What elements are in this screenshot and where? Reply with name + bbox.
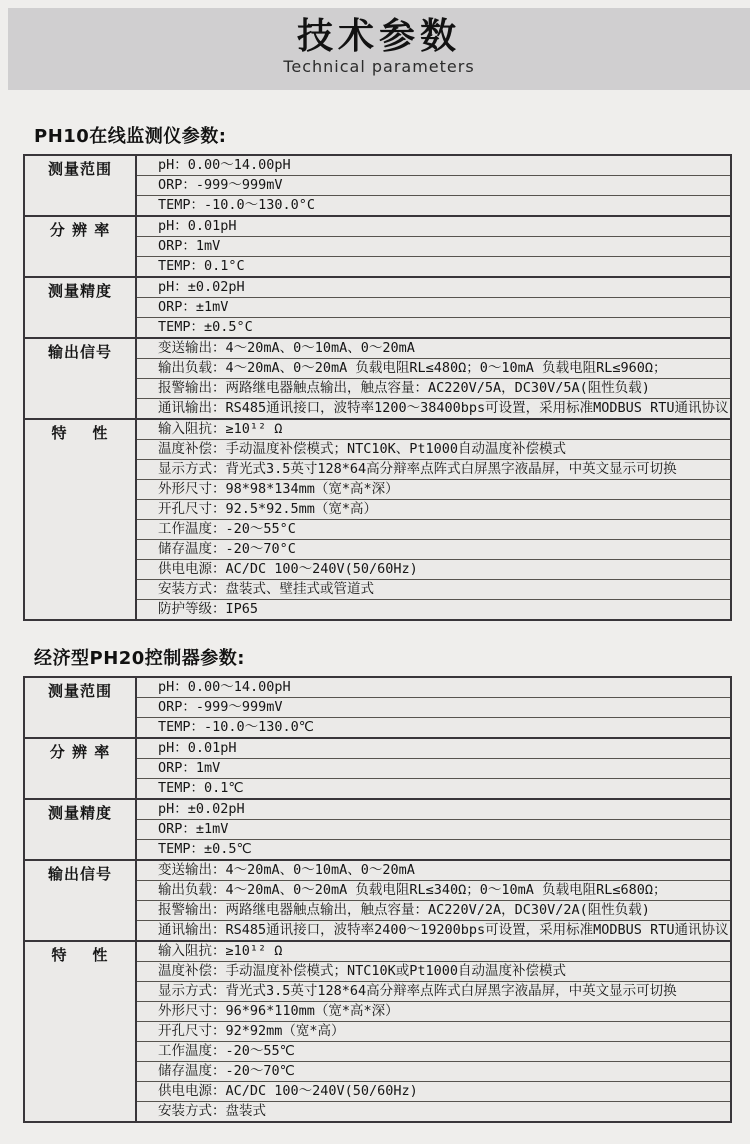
header-banner: 技术参数 Technical parameters bbox=[8, 8, 750, 90]
page: 技术参数 Technical parameters PH10在线监测仪参数: 测… bbox=[0, 8, 750, 1123]
spec-value: 通讯输出：RS485通讯接口，波特率1200～38400bps可设置，采用标准M… bbox=[136, 399, 731, 420]
spec-value: 输出负载：4～20mA、0～20mA 负载电阻RL≤480Ω；0～10mA 负载… bbox=[136, 359, 731, 379]
spec-value: pH：0.00～14.00pH bbox=[136, 155, 731, 176]
table-row: 特 性输入阻抗：≥10¹² Ω bbox=[24, 419, 731, 440]
spec-value: pH：0.01pH bbox=[136, 738, 731, 759]
spec-value: 报警输出：两路继电器触点输出，触点容量：AC220V/5A，DC30V/5A(阻… bbox=[136, 379, 731, 399]
spec-value: 显示方式：背光式3.5英寸128*64高分辩率点阵式白屏黑字液晶屏，中英文显示可… bbox=[136, 460, 731, 480]
spec-table: 测量范围pH：0.00～14.00pHORP：-999～999mVTEMP：-1… bbox=[23, 154, 732, 621]
spec-value: ORP：-999～999mV bbox=[136, 698, 731, 718]
spec-value: 防护等级：IP65 bbox=[136, 600, 731, 621]
group-label: 测量精度 bbox=[24, 799, 136, 860]
spec-value: 外形尺寸：98*98*134mm（宽*高*深） bbox=[136, 480, 731, 500]
spec-value: ORP：±1mV bbox=[136, 820, 731, 840]
table-row: 输出信号变送输出：4～20mA、0～10mA、0～20mA bbox=[24, 338, 731, 359]
spec-value: 变送输出：4～20mA、0～10mA、0～20mA bbox=[136, 860, 731, 881]
sections-container: PH10在线监测仪参数: 测量范围pH：0.00～14.00pHORP：-999… bbox=[0, 126, 750, 1123]
spec-value: 工作温度：-20～55℃ bbox=[136, 1042, 731, 1062]
spec-value: 输入阻抗：≥10¹² Ω bbox=[136, 941, 731, 962]
table-row: 输出信号变送输出：4～20mA、0～10mA、0～20mA bbox=[24, 860, 731, 881]
group-label: 分 辨 率 bbox=[24, 216, 136, 277]
page-title: 技术参数 bbox=[8, 8, 750, 57]
spec-value: ORP：-999～999mV bbox=[136, 176, 731, 196]
spec-value: pH：0.00～14.00pH bbox=[136, 677, 731, 698]
group-label: 输出信号 bbox=[24, 860, 136, 941]
spec-value: 安装方式：盘装式、壁挂式或管道式 bbox=[136, 580, 731, 600]
spec-value: 安装方式：盘装式 bbox=[136, 1102, 731, 1123]
spec-value: 变送输出：4～20mA、0～10mA、0～20mA bbox=[136, 338, 731, 359]
spec-value: 输入阻抗：≥10¹² Ω bbox=[136, 419, 731, 440]
table-row: 测量范围pH：0.00～14.00pH bbox=[24, 155, 731, 176]
table-row: 分 辨 率pH：0.01pH bbox=[24, 216, 731, 237]
table-row: 测量精度pH：±0.02pH bbox=[24, 799, 731, 820]
spec-value: 外形尺寸：96*96*110mm（宽*高*深） bbox=[136, 1002, 731, 1022]
group-label: 特 性 bbox=[24, 941, 136, 1122]
table-row: 分 辨 率pH：0.01pH bbox=[24, 738, 731, 759]
spec-value: pH：±0.02pH bbox=[136, 799, 731, 820]
spec-value: TEMP：0.1°C bbox=[136, 257, 731, 278]
spec-value: 供电电源：AC/DC 100～240V(50/60Hz) bbox=[136, 560, 731, 580]
spec-value: ORP：±1mV bbox=[136, 298, 731, 318]
spec-value: TEMP：-10.0～130.0°C bbox=[136, 196, 731, 217]
table-row: 特 性输入阻抗：≥10¹² Ω bbox=[24, 941, 731, 962]
spec-value: 储存温度：-20～70℃ bbox=[136, 1062, 731, 1082]
table-row: 测量范围pH：0.00～14.00pH bbox=[24, 677, 731, 698]
spec-value: pH：0.01pH bbox=[136, 216, 731, 237]
spec-value: ORP：1mV bbox=[136, 759, 731, 779]
spec-value: 输出负载：4～20mA、0～20mA 负载电阻RL≤340Ω；0～10mA 负载… bbox=[136, 881, 731, 901]
group-label: 输出信号 bbox=[24, 338, 136, 419]
group-label: 测量范围 bbox=[24, 677, 136, 738]
spec-value: 温度补偿：手动温度补偿模式；NTC10K、Pt1000自动温度补偿模式 bbox=[136, 440, 731, 460]
spec-section: PH10在线监测仪参数: 测量范围pH：0.00～14.00pHORP：-999… bbox=[0, 126, 750, 621]
spec-table: 测量范围pH：0.00～14.00pHORP：-999～999mVTEMP：-1… bbox=[23, 676, 732, 1123]
spec-value: TEMP：±0.5℃ bbox=[136, 840, 731, 861]
spec-value: 工作温度：-20～55°C bbox=[136, 520, 731, 540]
spec-value: 储存温度：-20～70°C bbox=[136, 540, 731, 560]
spec-value: TEMP：±0.5°C bbox=[136, 318, 731, 339]
section-heading: PH10在线监测仪参数: bbox=[34, 126, 750, 147]
spec-value: pH：±0.02pH bbox=[136, 277, 731, 298]
spec-value: TEMP：0.1℃ bbox=[136, 779, 731, 800]
group-label: 测量范围 bbox=[24, 155, 136, 216]
spec-value: 开孔尺寸：92*92mm（宽*高） bbox=[136, 1022, 731, 1042]
section-heading: 经济型PH20控制器参数: bbox=[34, 648, 750, 669]
group-label: 分 辨 率 bbox=[24, 738, 136, 799]
table-row: 测量精度pH：±0.02pH bbox=[24, 277, 731, 298]
spec-value: 开孔尺寸：92.5*92.5mm（宽*高） bbox=[136, 500, 731, 520]
spec-table-body: 测量范围pH：0.00～14.00pHORP：-999～999mVTEMP：-1… bbox=[24, 155, 731, 620]
spec-value: 显示方式：背光式3.5英寸128*64高分辩率点阵式白屏黑字液晶屏，中英文显示可… bbox=[136, 982, 731, 1002]
group-label: 特 性 bbox=[24, 419, 136, 620]
spec-value: 温度补偿：手动温度补偿模式；NTC10K或Pt1000自动温度补偿模式 bbox=[136, 962, 731, 982]
spec-value: 报警输出：两路继电器触点输出，触点容量：AC220V/2A，DC30V/2A(阻… bbox=[136, 901, 731, 921]
spec-value: TEMP：-10.0～130.0℃ bbox=[136, 718, 731, 739]
page-subtitle: Technical parameters bbox=[8, 58, 750, 76]
group-label: 测量精度 bbox=[24, 277, 136, 338]
spec-table-body: 测量范围pH：0.00～14.00pHORP：-999～999mVTEMP：-1… bbox=[24, 677, 731, 1122]
spec-section: 经济型PH20控制器参数: 测量范围pH：0.00～14.00pHORP：-99… bbox=[0, 648, 750, 1123]
spec-value: 供电电源：AC/DC 100～240V(50/60Hz) bbox=[136, 1082, 731, 1102]
spec-value: ORP：1mV bbox=[136, 237, 731, 257]
spec-value: 通讯输出：RS485通讯接口，波特率2400～19200bps可设置，采用标准M… bbox=[136, 921, 731, 942]
